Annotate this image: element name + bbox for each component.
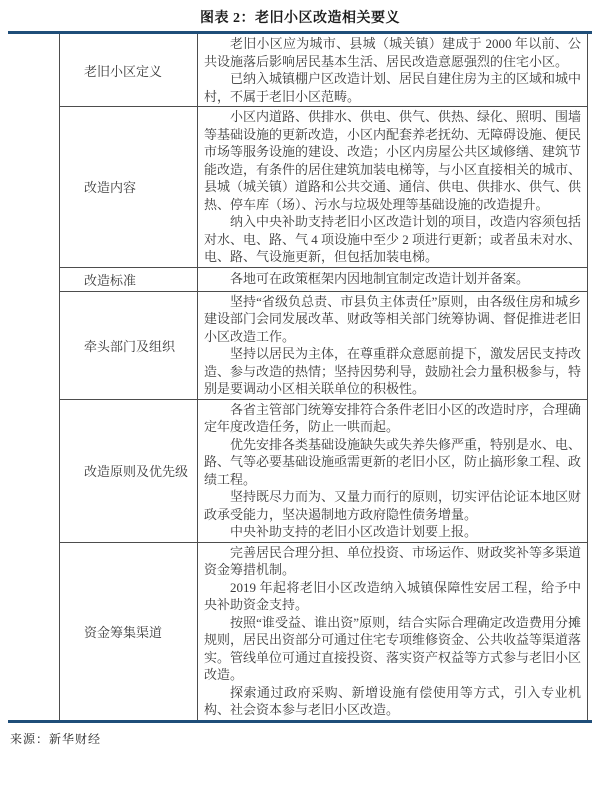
content-paragraph: 坚持“省级负总责、市县负主体责任”原则，由各级住房和城乡建设部门会同发展改革、财… (204, 293, 581, 346)
table-row: 改造内容 小区内道路、供排水、供电、供气、供热、绿化、照明、围墙等基础设施的更新… (60, 107, 588, 268)
row-content: 小区内道路、供排水、供电、供气、供热、绿化、照明、围墙等基础设施的更新改造，小区… (198, 107, 588, 268)
table-row: 改造原则及优先级 各省主管部门统筹安排符合条件老旧小区的改造时序，合理确定年度改… (60, 399, 588, 542)
bottom-rule (8, 720, 592, 723)
content-paragraph: 按照“谁受益、谁出资”原则，结合实际合理确定改造费用分摊规则，居民出资部分可通过… (204, 614, 581, 684)
content-paragraph: 中央补助支持的老旧小区改造计划要上报。 (204, 523, 581, 541)
table-wrap: 老旧小区定义 老旧小区应为城市、县城（城关镇）建成于 2000 年以前、公共设施… (59, 34, 587, 720)
content-paragraph: 小区内道路、供排水、供电、供气、供热、绿化、照明、围墙等基础设施的更新改造，小区… (204, 108, 581, 213)
row-label: 资金筹集渠道 (60, 542, 198, 720)
content-paragraph: 各省主管部门统筹安排符合条件老旧小区的改造时序，合理确定年度改造任务，防止一哄而… (204, 401, 581, 436)
row-content: 各省主管部门统筹安排符合条件老旧小区的改造时序，合理确定年度改造任务，防止一哄而… (198, 399, 588, 542)
content-paragraph: 坚持既尽力而为、又量力而行的原则，切实评估论证本地区财政承受能力，坚决遏制地方政… (204, 488, 581, 523)
renovation-table: 老旧小区定义 老旧小区应为城市、县城（城关镇）建成于 2000 年以前、公共设施… (59, 34, 588, 720)
content-paragraph: 坚持以居民为主体，在尊重群众意愿前提下，激发居民支持改造、参与改造的热情；坚持因… (204, 345, 581, 398)
row-content: 完善居民合理分担、单位投资、市场运作、财政奖补等多渠道资金筹措机制。 2019 … (198, 542, 588, 720)
row-label: 改造原则及优先级 (60, 399, 198, 542)
row-label: 改造标准 (60, 267, 198, 291)
row-label: 老旧小区定义 (60, 34, 198, 107)
content-paragraph: 完善居民合理分担、单位投资、市场运作、财政奖补等多渠道资金筹措机制。 (204, 544, 581, 579)
source-note: 来源：新华财经 (10, 730, 590, 747)
table-row: 老旧小区定义 老旧小区应为城市、县城（城关镇）建成于 2000 年以前、公共设施… (60, 34, 588, 107)
content-paragraph: 2019 年起将老旧小区改造纳入城镇保障性安居工程，给予中央补助资金支持。 (204, 579, 581, 614)
row-content: 各地可在政策框架内因地制宜制定改造计划并备案。 (198, 267, 588, 291)
content-paragraph: 各地可在政策框架内因地制宜制定改造计划并备案。 (204, 270, 581, 288)
figure-title: 图表 2：老旧小区改造相关要义 (0, 0, 600, 27)
table-row: 资金筹集渠道 完善居民合理分担、单位投资、市场运作、财政奖补等多渠道资金筹措机制… (60, 542, 588, 720)
row-label: 改造内容 (60, 107, 198, 268)
row-label: 牵头部门及组织 (60, 291, 198, 399)
row-content: 坚持“省级负总责、市县负主体责任”原则，由各级住房和城乡建设部门会同发展改革、财… (198, 291, 588, 399)
content-paragraph: 优先安排各类基础设施缺失或失养失修严重，特别是水、电、路、气等必要基础设施亟需更… (204, 436, 581, 489)
row-content: 老旧小区应为城市、县城（城关镇）建成于 2000 年以前、公共设施落后影响居民基… (198, 34, 588, 107)
content-paragraph: 老旧小区应为城市、县城（城关镇）建成于 2000 年以前、公共设施落后影响居民基… (204, 35, 581, 70)
content-paragraph: 探索通过政府采购、新增设施有偿使用等方式，引入专业机构、社会资本参与老旧小区改造… (204, 684, 581, 719)
table-row: 改造标准 各地可在政策框架内因地制宜制定改造计划并备案。 (60, 267, 588, 291)
table-row: 牵头部门及组织 坚持“省级负总责、市县负主体责任”原则，由各级住房和城乡建设部门… (60, 291, 588, 399)
content-paragraph: 已纳入城镇棚户区改造计划、居民自建住房为主的区域和城中村，不属于老旧小区范畴。 (204, 70, 581, 105)
content-paragraph: 纳入中央补助支持老旧小区改造计划的项目，改造内容须包括对水、电、路、气 4 项设… (204, 213, 581, 266)
